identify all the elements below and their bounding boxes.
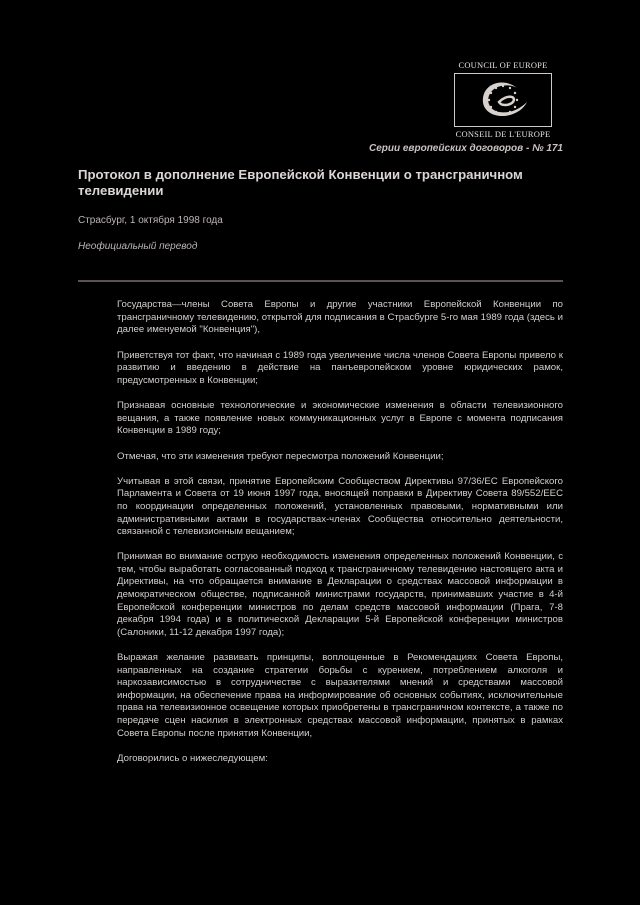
translation-note: Неофициальный перевод [78,241,197,252]
preamble-paragraph: Признавая основные технологические и эко… [117,400,563,438]
preamble-paragraph: Выражая желание развивать принципы, вопл… [117,652,563,740]
council-of-europe-logo: COUNCIL OF EUROPE CONSEIL DE L'EUROPE [448,60,558,139]
preamble-body: Государства—члены Совета Европы и другие… [117,299,563,778]
logo-top-text: COUNCIL OF EUROPE [448,60,558,70]
preamble-paragraph: Принимая во внимание острую необходимост… [117,551,563,639]
logo-emblem-box [454,73,552,127]
place-and-date: Страсбург, 1 октября 1998 года [78,215,223,226]
preamble-paragraph: Договорились о нижеследующем: [117,753,563,766]
logo-bottom-text: CONSEIL DE L'EUROPE [448,129,558,139]
treaty-series-number: Серии европейских договоров - № 171 [369,143,563,154]
header-divider [78,280,563,282]
preamble-paragraph: Учитывая в этой связи, принятие Европейс… [117,476,563,539]
document-title: Протокол в дополнение Европейской Конвен… [78,167,548,199]
preamble-paragraph: Государства—члены Совета Европы и другие… [117,299,563,337]
preamble-paragraph: Приветствуя тот факт, что начиная с 1989… [117,350,563,388]
council-of-europe-emblem-icon [455,74,551,126]
preamble-paragraph: Отмечая, что эти изменения требуют перес… [117,451,563,464]
